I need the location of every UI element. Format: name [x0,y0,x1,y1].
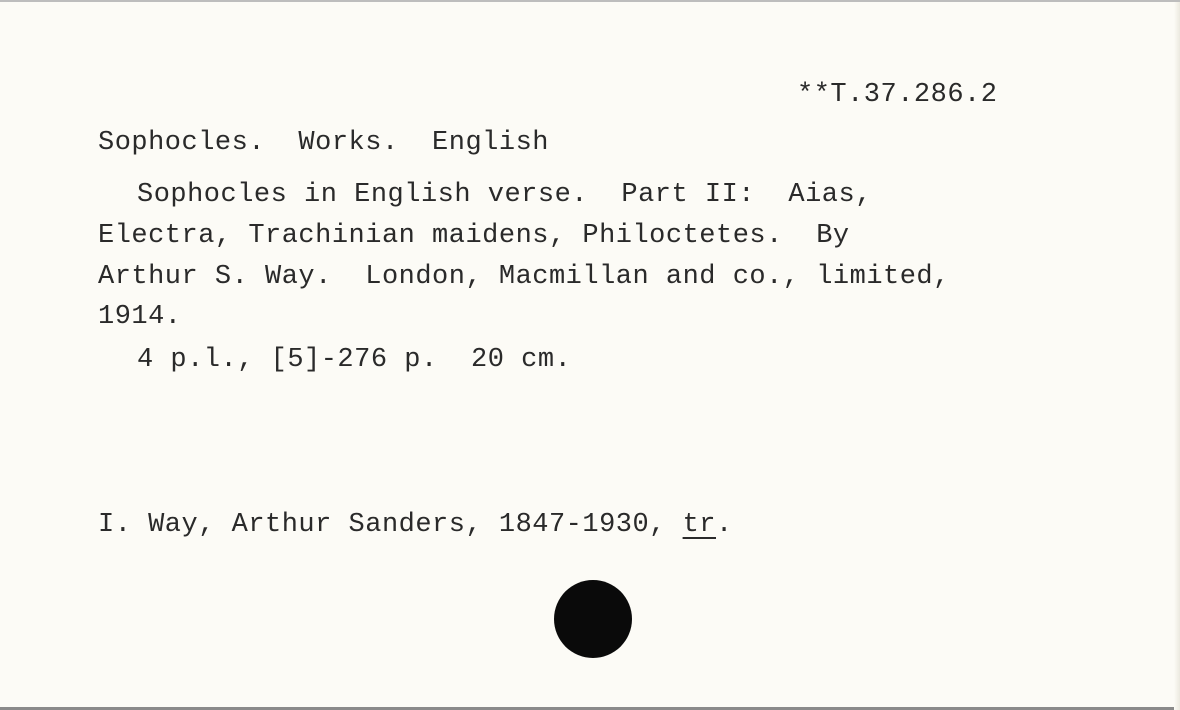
title-line-1: Sophocles in English verse. Part II: Aia… [137,182,872,209]
added-entry-tracing: I. Way, Arthur Sanders, 1847-1930, tr. [98,512,733,539]
tracing-suffix: . [716,510,733,540]
punch-hole-icon [554,580,632,658]
title-line-2: Electra, Trachinian maidens, Philoctetes… [98,223,850,250]
title-line-3: Arthur S. Way. London, Macmillan and co.… [98,264,950,291]
relator-term: tr [683,510,716,540]
subject-heading: Sophocles. Works. English [98,130,549,157]
card-edge-shadow [1174,2,1180,710]
collation: 4 p.l., [5]-276 p. 20 cm. [137,347,571,374]
call-number: **T.37.286.2 [797,82,997,109]
title-line-4: 1914. [98,304,182,331]
catalog-card: **T.37.286.2 Sophocles. Works. English S… [0,0,1180,710]
tracing-text: I. Way, Arthur Sanders, 1847-1930, [98,510,683,540]
